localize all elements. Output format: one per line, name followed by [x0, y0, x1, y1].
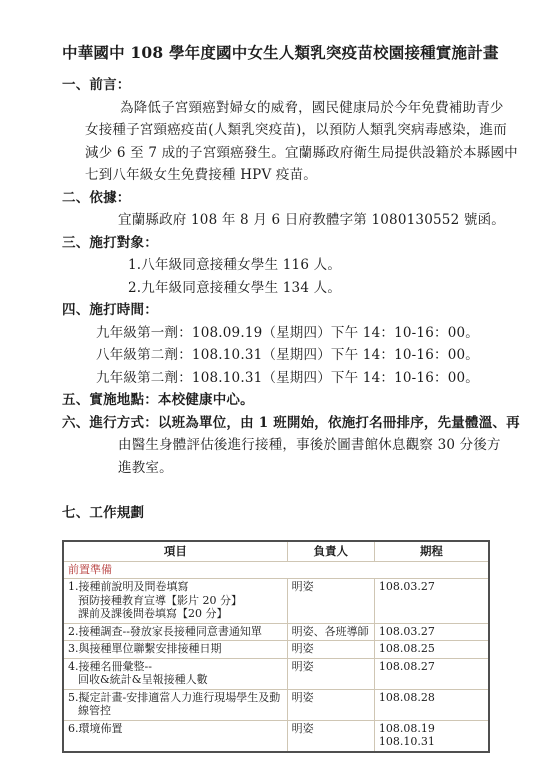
section-7-heading: 七、工作規劃: [62, 502, 490, 525]
section-1-line: 為降低子宮頸癌對婦女的威脅，國民健康局於今年免費補助青少: [62, 97, 490, 120]
header-item: 項目: [63, 541, 287, 562]
cell-dates: 108.08.25: [374, 641, 489, 659]
section-5-heading: 五、實施地點：本校健康中心。: [62, 389, 490, 412]
table-row: 5.擬定計畫-安排適當人力進行現場學生及動 線管控 明姿 108.08.28: [63, 689, 489, 720]
table-row: 4.接種名冊彙整-- 回收&統計&呈報接種人數 明姿 108.08.27: [63, 658, 489, 689]
section-1-line: 女接種子宮頸癌疫苗(人類乳突疫苗)，以預防人類乳突病毒感染，進而: [62, 119, 490, 142]
item-line: 回收&統計&呈報接種人數: [68, 673, 283, 687]
cell-item: 1.接種前說明及問卷填寫 預防接種教育宣導【影片 20 分】 課前及課後問卷填寫…: [63, 579, 287, 624]
blank-line: [62, 479, 490, 502]
item-line: 課前及課後問卷填寫【20 分】: [68, 607, 283, 621]
date-line: 108.03.27: [379, 580, 484, 594]
item-line: 6.環境佈置: [68, 722, 283, 736]
page-title: 中華國中 108 學年度國中女生人類乳突疫苗校園接種實施計畫: [62, 40, 490, 66]
cell-dates: 108.03.27: [374, 579, 489, 624]
section-2-heading: 二、依據：: [62, 187, 490, 210]
section-4-item: 九年級第一劑：108.09.19（星期四）下午 14：10-16：00。: [62, 322, 490, 345]
table-header-row: 項目 負責人 期程: [63, 541, 489, 562]
section-2-line: 宜蘭縣政府 108 年 8 月 6 日府教體字第 1080130552 號函。: [62, 209, 490, 232]
item-line: 線管控: [68, 704, 283, 718]
section-6-line: 由醫生身體評估後進行接種，事後於圖書館休息觀察 30 分後方: [62, 434, 490, 457]
cell-owner: 明姿: [287, 720, 374, 752]
section-4-item: 九年級第二劑：108.10.31（星期四）下午 14：10-16：00。: [62, 367, 490, 390]
cell-owner: 明姿: [287, 689, 374, 720]
section-1-line: 減少 6 至 7 成的子宮頸癌發生。宜蘭縣政府衛生局提供設籍於本縣國中: [62, 142, 490, 165]
date-line: 108.08.28: [379, 691, 484, 705]
phase-label: 前置準備: [63, 562, 489, 579]
item-line: 3.與接種單位聯繫安排接種日期: [68, 642, 283, 656]
cell-item: 6.環境佈置: [63, 720, 287, 752]
item-line: 1.接種前說明及問卷填寫: [68, 580, 283, 594]
date-line: 108.08.27: [379, 660, 484, 674]
date-line: 108.08.19: [379, 722, 484, 736]
date-line: 108.08.25: [379, 642, 484, 656]
section-3-heading: 三、施打對象：: [62, 232, 490, 255]
cell-owner: 明姿: [287, 658, 374, 689]
cell-item: 5.擬定計畫-安排適當人力進行現場學生及動 線管控: [63, 689, 287, 720]
cell-owner: 明姿: [287, 579, 374, 624]
item-line: 4.接種名冊彙整--: [68, 660, 283, 674]
header-owner: 負責人: [287, 541, 374, 562]
section-4-item: 八年級第二劑：108.10.31（星期四）下午 14：10-16：00。: [62, 344, 490, 367]
table-row: 1.接種前說明及問卷填寫 預防接種教育宣導【影片 20 分】 課前及課後問卷填寫…: [63, 579, 489, 624]
phase-row: 前置準備: [63, 562, 489, 579]
cell-owner: 明姿、各班導師: [287, 623, 374, 641]
cell-item: 2.接種調查--發放家長接種同意書通知單: [63, 623, 287, 641]
section-4-heading: 四、施打時間：: [62, 299, 490, 322]
section-6-line: 進教室。: [62, 457, 490, 480]
cell-dates: 108.08.27: [374, 658, 489, 689]
cell-owner: 明姿: [287, 641, 374, 659]
cell-item: 3.與接種單位聯繫安排接種日期: [63, 641, 287, 659]
table-row: 3.與接種單位聯繫安排接種日期 明姿 108.08.25: [63, 641, 489, 659]
cell-dates: 108.08.19 108.10.31: [374, 720, 489, 752]
header-dates: 期程: [374, 541, 489, 562]
section-6-heading: 六、進行方式：以班為單位，由 1 班開始，依施打名冊排序，先量體溫、再: [62, 412, 490, 435]
table-row: 6.環境佈置 明姿 108.08.19 108.10.31: [63, 720, 489, 752]
section-1-line: 七到八年級女生免費接種 HPV 疫苗。: [62, 164, 490, 187]
date-line: 108.03.27: [379, 625, 484, 639]
item-line: 5.擬定計畫-安排適當人力進行現場學生及動: [68, 691, 283, 705]
cell-dates: 108.08.28: [374, 689, 489, 720]
cell-dates: 108.03.27: [374, 623, 489, 641]
section-3-item: 1.八年級同意接種女學生 116 人。: [62, 254, 490, 277]
date-line: 108.10.31: [379, 735, 484, 749]
document-page: 中華國中 108 學年度國中女生人類乳突疫苗校園接種實施計畫 一、前言： 為降低…: [0, 0, 543, 768]
item-line: 預防接種教育宣導【影片 20 分】: [68, 594, 283, 608]
section-3-item: 2.九年級同意接種女學生 134 人。: [62, 277, 490, 300]
item-line: 2.接種調查--發放家長接種同意書通知單: [68, 625, 283, 639]
table-row: 2.接種調查--發放家長接種同意書通知單 明姿、各班導師 108.03.27: [63, 623, 489, 641]
cell-item: 4.接種名冊彙整-- 回收&統計&呈報接種人數: [63, 658, 287, 689]
work-plan-table: 項目 負責人 期程 前置準備 1.接種前說明及問卷填寫 預防接種教育宣導【影片 …: [62, 540, 490, 753]
section-1-heading: 一、前言：: [62, 74, 490, 97]
